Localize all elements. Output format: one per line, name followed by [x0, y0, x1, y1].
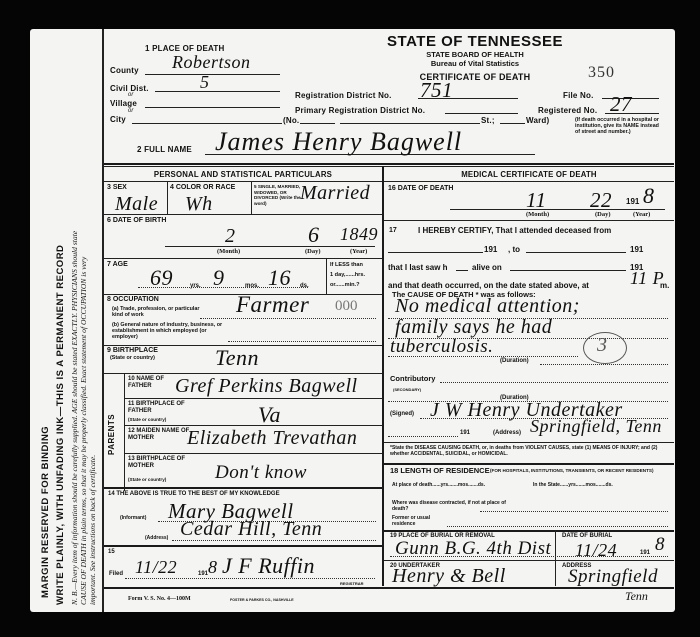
occupation-label: 8 OCCUPATION [107, 296, 159, 304]
age-label: 7 AGE [107, 261, 128, 269]
to-year: 191 [630, 246, 643, 254]
sex-label: 3 SEX [107, 184, 127, 192]
nb-note-line3: important. See instructions on back of c… [88, 455, 97, 605]
birthplace-label: 9 BIRTHPLACE [107, 347, 158, 355]
personal-heading: PERSONAL AND STATISTICAL PARTICULARS [104, 170, 382, 179]
father-birthplace-sub: (State or country) [128, 416, 166, 423]
undertaker-value[interactable]: Henry & Bell [392, 565, 506, 588]
last-saw-label: that I last saw h [388, 264, 448, 272]
mother-birthplace-sub: (State or country) [128, 476, 166, 483]
one-day-label: 1 day,......hrs. [330, 272, 365, 279]
nb-note-line2: CAUSE OF DEATH in plain terms, so that i… [79, 257, 88, 605]
form-number: Form V. S. No. 4—100M [128, 596, 191, 603]
file-no-label: File No. [563, 91, 594, 100]
dob-day[interactable]: 6 [308, 222, 320, 248]
full-name-value[interactable]: James Henry Bagwell [215, 127, 462, 157]
undertaker-address-state: Tenn [625, 589, 648, 604]
in-the-state: In the State......yrs.......mos.......ds… [533, 482, 668, 488]
ink-notice: WRITE PLAINLY, WITH UNFADING INK—THIS IS… [55, 245, 66, 605]
burial-year-digit[interactable]: 8 [655, 534, 665, 556]
hospital-note: (If death occurred in a hospital or inst… [575, 117, 663, 135]
civil-dist-value[interactable]: 5 [200, 72, 210, 93]
cause-note: *State the DISEASE CAUSING DEATH, or, in… [390, 445, 670, 457]
signed-label: (Signed) [390, 411, 414, 418]
date-of-death-label: 16 DATE OF DEATH [388, 185, 453, 193]
reg-district-label: Registration District No. [295, 91, 392, 100]
father-birthplace-label: 11 BIRTHPLACE OF FATHER [128, 401, 198, 415]
number-label: (No. [283, 116, 299, 125]
at-place-of-death: At place of death......yrs.......mos....… [392, 482, 512, 488]
dob-label: 6 DATE OF BIRTH [107, 217, 166, 225]
reg-district-value[interactable]: 751 [420, 78, 453, 103]
dod-month[interactable]: 11 [526, 188, 546, 213]
occupation-code: 000 [335, 298, 358, 315]
county-label: County [110, 66, 139, 75]
to-label: , to [508, 246, 520, 254]
or-text: or [128, 108, 133, 114]
medical-heading: MEDICAL CERTIFICATE OF DEATH [384, 170, 674, 179]
filed-date[interactable]: 11/22 [135, 557, 177, 578]
dob-month[interactable]: 2 [225, 225, 236, 248]
mother-birthplace-value[interactable]: Don't know [215, 462, 307, 484]
filed-year-prefix: 191 [198, 571, 208, 578]
mother-birthplace-label: 13 BIRTHPLACE OF MOTHER [128, 456, 198, 470]
margin-rule [102, 29, 104, 612]
sign-address-value[interactable]: Springfield, Tenn [530, 416, 662, 437]
nb-note-line1: N. B.—Every item of information should b… [70, 231, 79, 605]
knowledge-label: 14 THE ABOVE IS TRUE TO THE BEST OF MY K… [108, 491, 280, 498]
ward-label: Ward) [526, 116, 549, 125]
father-name-value[interactable]: Gref Perkins Bagwell [175, 375, 358, 398]
ds-label: ds. [300, 282, 309, 290]
occupation-a-value[interactable]: Farmer [236, 292, 309, 318]
cause-line-1[interactable]: No medical attention; [395, 295, 580, 318]
full-name-label: 2 FULL NAME [137, 145, 192, 154]
race-value[interactable]: Wh [185, 193, 213, 216]
dod-day[interactable]: 22 [590, 188, 612, 213]
county-value[interactable]: Robertson [172, 52, 251, 73]
informant-label: (Informant) [120, 515, 146, 522]
address-value[interactable]: Cedar Hill, Tenn [180, 518, 322, 541]
occurred-line: and that death occurred, on the date sta… [388, 282, 589, 290]
mother-name-value[interactable]: Elizabeth Trevathan [187, 427, 357, 450]
printer-name: FOSTER & PARKES CO., NASHVILLE [230, 597, 294, 604]
dod-day-caption: (Day) [595, 211, 611, 218]
mos-label: mos. [245, 282, 259, 290]
duration-label: (Duration) [500, 358, 529, 365]
birthplace-value[interactable]: Tenn [215, 345, 259, 371]
section-17-label: 17 [389, 227, 397, 235]
registered-no-value[interactable]: 27 [610, 92, 632, 117]
filed-year-digit[interactable]: 8 [208, 557, 218, 578]
contributory-label: Contributory [390, 375, 435, 383]
occupation-b-label: (b) General nature of industry, business… [112, 322, 227, 340]
burial-date-value[interactable]: 11/24 [575, 540, 617, 561]
undertaker-address-value[interactable]: Springfield [568, 566, 658, 588]
dob-year[interactable]: 1849 [340, 224, 378, 245]
dod-month-caption: (Month) [526, 211, 549, 218]
dod-year-prefix: 191 [626, 198, 639, 206]
stamp-number: 350 [588, 64, 615, 82]
month-caption: (Month) [217, 248, 240, 255]
filed-label: Filed [109, 571, 123, 578]
yrs-label: yrs. [190, 282, 201, 290]
or-text: or [128, 92, 133, 98]
parents-label: PARENTS [108, 414, 116, 455]
sex-value[interactable]: Male [115, 193, 158, 216]
if-less-label: If LESS than [330, 262, 363, 269]
former-residence: Former or usual residence [392, 515, 452, 527]
alive-on-label: alive on [472, 264, 502, 272]
dod-year-caption: (Year) [633, 211, 650, 218]
bureau-title: Bureau of Vital Statistics [400, 60, 550, 68]
day-caption: (Day) [305, 248, 321, 255]
race-label: 4 COLOR OR RACE [170, 184, 235, 192]
registrar-label: REGISTRAR [340, 580, 364, 587]
from-year: 191 [484, 246, 497, 254]
burial-date-label: DATE OF BURIAL [562, 533, 612, 540]
certify-line: I HEREBY CERTIFY, That I attended deceas… [418, 227, 611, 235]
residence-label: 18 LENGTH OF RESIDENCE [390, 467, 490, 475]
section-15-label: 15 [108, 549, 115, 556]
sign-year: 191 [460, 430, 470, 437]
marital-label: 5 SINGLE, MARRIED, WIDOWED, OR DIVORCED … [254, 184, 306, 206]
registrar-signature[interactable]: J F Ruffin [222, 553, 315, 579]
village-label: Village [110, 99, 137, 108]
marital-value[interactable]: Married [300, 182, 370, 205]
binding-notice: MARGIN RESERVED FOR BINDING [40, 426, 51, 598]
cause-code: 3 [597, 334, 608, 357]
secondary-label: (SECONDARY) [393, 386, 421, 393]
registered-no-label: Registered No. [538, 106, 597, 115]
state-title: STATE OF TENNESSEE [385, 33, 565, 50]
cause-line-3[interactable]: tuberculosis. [390, 336, 493, 358]
mother-name-label: 12 MAIDEN NAME OF MOTHER [128, 428, 193, 442]
birthplace-sub: (State or country) [110, 355, 155, 362]
or-min-label: or......min.? [330, 282, 360, 289]
primary-reg-label: Primary Registration District No. [295, 106, 425, 115]
dod-year-digit[interactable]: 8 [643, 183, 655, 209]
address-label: (Address) [145, 535, 168, 542]
sign-address-label: (Address) [493, 430, 521, 437]
board-title: STATE BOARD OF HEALTH [400, 51, 550, 59]
street-label: St.; [481, 116, 495, 125]
city-label: City [110, 115, 126, 124]
occupation-a-label: (a) Trade, profession, or particular kin… [112, 306, 202, 318]
year-caption: (Year) [350, 248, 367, 255]
residence-sub: (FOR HOSPITALS, INSTITUTIONS, TRANSIENTS… [490, 468, 670, 474]
time-suffix: m. [660, 282, 669, 290]
